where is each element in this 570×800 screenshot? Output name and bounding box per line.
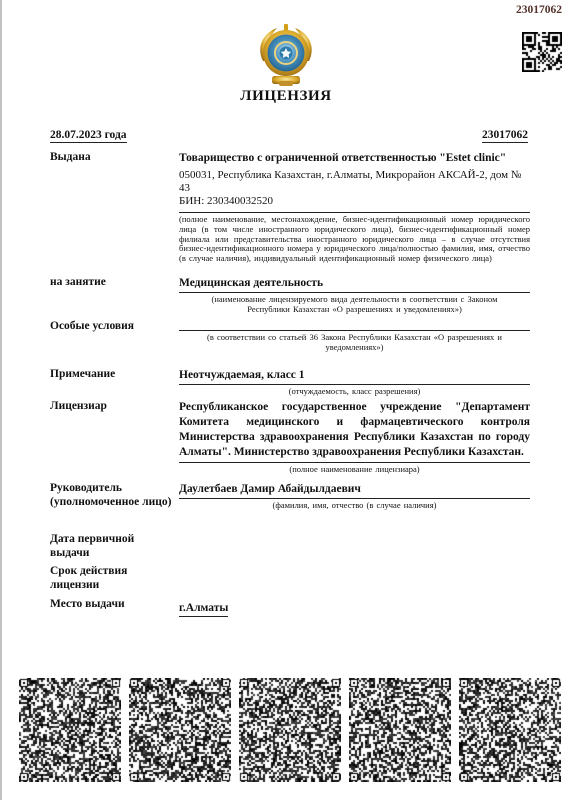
field-validity-label: Срок действия лицензии [50,565,150,592]
field-remark-label: Примечание [50,368,175,382]
field-special-note: (в соответствии со статьей 36 Закона Рес… [179,333,530,353]
field-remark-note: (отчуждаемость, класс разрешения) [179,387,530,397]
licensor-value: Республиканское государственное учрежден… [179,400,530,463]
field-special-label: Особые условия [50,320,175,334]
special-conditions-blank [179,320,530,331]
signature-barcode-block [459,678,561,782]
kazakhstan-emblem-icon [255,23,317,87]
field-remark: Примечание Неотчуждаемая, класс 1 (отчуж… [50,368,528,397]
licensee-bin: БИН: 230340032520 [179,195,530,208]
license-number: 23017062 [482,129,528,143]
field-special-conditions: Особые условия (в соответствии со статье… [50,320,528,353]
document-title: ЛИЦЕНЗИЯ [2,88,570,105]
document-number-top: 23017062 [516,4,562,16]
field-head: Руководитель (уполномоченное лицо) Дауле… [50,482,528,511]
field-licensor-label: Лицензиар [50,400,175,414]
head-name-value: Даулетбаев Дамир Абайдылдаевич [179,482,530,499]
field-head-label2: (уполномоченное лицо) [50,496,175,510]
place-value: г.Алматы [179,601,228,617]
field-issued: Выдана Товарищество с ограниченной ответ… [50,151,528,264]
field-issued-label: Выдана [50,151,175,165]
signature-barcode-block [239,678,341,782]
remark-value: Неотчуждаемая, класс 1 [179,368,530,385]
signature-barcode-block [349,678,451,782]
licensee-company-name: Товарищество с ограниченной ответственно… [179,151,530,165]
issue-date: 28.07.2023 года [50,129,127,143]
field-issued-note: (полное наименование, местонахождение, б… [179,212,530,264]
field-place: Место выдачи г.Алматы [50,598,528,617]
signature-barcode-strip [19,678,561,782]
field-first-issue-label: Дата первичной выдачи [50,533,175,560]
field-head-label: Руководитель [50,482,175,496]
field-activity-label: на занятие [50,276,175,290]
field-activity-note: (наименование лицензируемого вида деятел… [179,295,530,315]
license-document: 23017062 [0,0,570,800]
qr-code-icon [522,32,562,72]
field-place-label: Место выдачи [50,598,175,612]
field-activity: на занятие Медицинская деятельность (наи… [50,276,528,315]
field-licensor-note: (полное наименование лицензиара) [179,465,530,475]
activity-value: Медицинская деятельность [179,276,530,293]
signature-barcode-block [19,678,121,782]
field-head-note: (фамилия, имя, отчество (в случае наличи… [179,501,530,511]
date-number-row: 28.07.2023 года 23017062 [50,129,528,143]
signature-barcode-block [129,678,231,782]
field-licensor: Лицензиар Республиканское государственно… [50,400,528,475]
licensee-address: 050031, Республика Казахстан, г.Алматы, … [179,169,530,195]
